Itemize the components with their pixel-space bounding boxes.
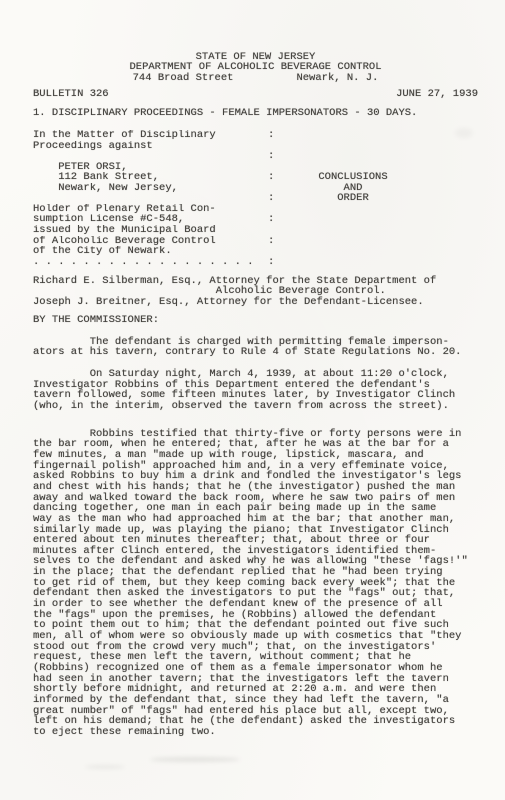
caption-left-text: of Alcoholic Beverage Control [33,236,268,247]
bulletin-number: BULLETIN 326 [33,89,109,100]
caption-right-text [288,141,418,152]
caption-colon: : [268,257,288,268]
caption-row: : [33,151,478,162]
case-caption: In the Matter of Disciplinary : Proceedi… [33,130,478,267]
document-page: STATE OF NEW JERSEY DEPARTMENT OF ALCOHO… [33,52,478,738]
caption-left-text: of the City of Newark. [33,246,268,257]
bulletin-row: BULLETIN 326 JUNE 27, 1939 [33,89,478,100]
caption-row: Holder of Plenary Retail Con- [33,204,478,215]
caption-right-text [288,225,418,236]
body-paragraph: The defendant is charged with permitting… [33,337,478,358]
body-paragraph: Robbins testified that thirty-five or fo… [33,429,478,738]
opinion-body: The defendant is charged with permitting… [33,337,478,738]
caption-left-text: In the Matter of Disciplinary [33,130,268,141]
caption-row: Newark, New Jersey, AND [33,183,478,194]
caption-left-text: sumption License #C-548, [33,214,268,225]
caption-row: . . . . . . . . . . . . . . . . . . : [33,257,478,268]
caption-row: sumption License #C-548, : [33,214,478,225]
caption-row: 112 Bank Street, : CONCLUSIONS [33,172,478,183]
caption-row: Proceedings against [33,141,478,152]
caption-row: of the City of Newark. [33,246,478,257]
caption-colon: : [268,151,288,162]
caption-right-text [288,257,418,268]
caption-row: In the Matter of Disciplinary : [33,130,478,141]
body-paragraph: On Saturday night, March 4, 1939, at abo… [33,369,478,412]
caption-row: PETER ORSI, [33,162,478,173]
item-heading: 1. DISCIPLINARY PROCEEDINGS - FEMALE IMP… [33,108,478,119]
caption-right-text [288,204,418,215]
caption-row: of Alcoholic Beverage Control : [33,236,478,247]
caption-left-text: PETER ORSI, [33,162,268,173]
caption-colon: : [268,214,288,225]
caption-row: issued by the Municipal Board [33,225,478,236]
caption-colon: : [268,172,288,183]
caption-row: : ORDER [33,193,478,204]
commissioner-byline: BY THE COMMISSIONER: [33,315,478,326]
caption-left-text: Proceedings against [33,141,268,152]
caption-left-text [33,193,268,204]
caption-right-text [288,151,418,162]
letterhead: STATE OF NEW JERSEY DEPARTMENT OF ALCOHO… [33,52,478,83]
caption-right-text [288,214,418,225]
caption-right-text: ORDER [288,193,418,204]
letterhead-address: 744 Broad Street Newark, N. J. [33,73,478,83]
caption-right-text [288,246,418,257]
caption-right-text [288,236,418,247]
caption-colon: : [268,193,288,204]
caption-colon: : [268,236,288,247]
caption-left-text: 112 Bank Street, [33,172,268,183]
caption-left-text [33,151,268,162]
attorneys-of-record: Richard E. Silberman, Esq., Attorney for… [33,276,478,307]
caption-left-text: Holder of Plenary Retail Con- [33,204,268,215]
ink-smudge [150,757,240,762]
bulletin-date: JUNE 27, 1939 [396,89,478,100]
caption-colon: : [268,130,288,141]
caption-left-text: issued by the Municipal Board [33,225,268,236]
ink-smudge [85,765,125,769]
caption-right-text [288,130,418,141]
caption-left-text: . . . . . . . . . . . . . . . . . . [33,257,268,268]
caption-left-text: Newark, New Jersey, [33,183,268,194]
caption-colon [268,225,288,236]
